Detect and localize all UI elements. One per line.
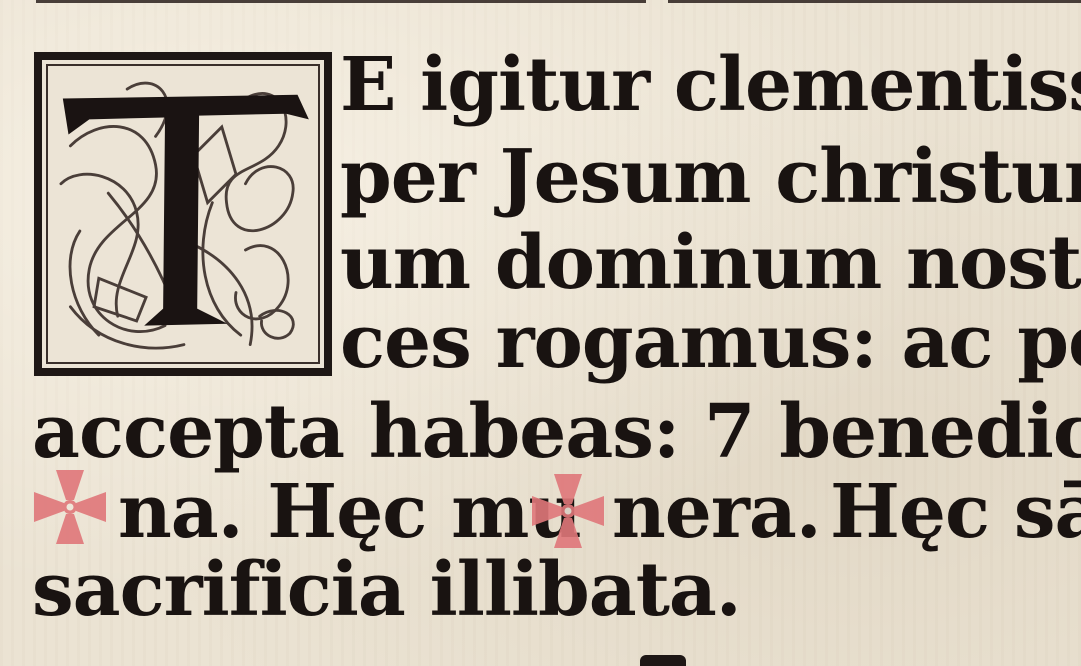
top-rule-left — [36, 0, 646, 3]
text-line-2: per Jesum christum fil — [340, 140, 1081, 214]
text-line-5: accepta habeas: 7 benedicas. H — [32, 395, 1081, 469]
red-cross-pattee-icon — [530, 470, 606, 552]
missal-page: E igitur clementissim per Jesum christum… — [0, 0, 1081, 666]
text-line-6b: nera. — [612, 475, 821, 549]
red-cross-pattee-icon — [32, 466, 108, 548]
text-line-4: ces rogamus: ac petim — [340, 305, 1081, 379]
text-line-1: E igitur clementissim — [340, 48, 1081, 122]
text-line-3: um dominum nostrum — [340, 226, 1081, 300]
partial-glyph-bottom — [640, 655, 686, 666]
decorated-initial-t — [34, 52, 332, 376]
text-line-6c: Hęc sā — [830, 475, 1081, 549]
text-line-7: sacrificia illibata. — [32, 553, 741, 627]
text-line-6a: na. Hęc mu — [118, 475, 581, 549]
top-rule-right — [668, 0, 1081, 3]
interlace-ornament-icon — [42, 60, 324, 368]
